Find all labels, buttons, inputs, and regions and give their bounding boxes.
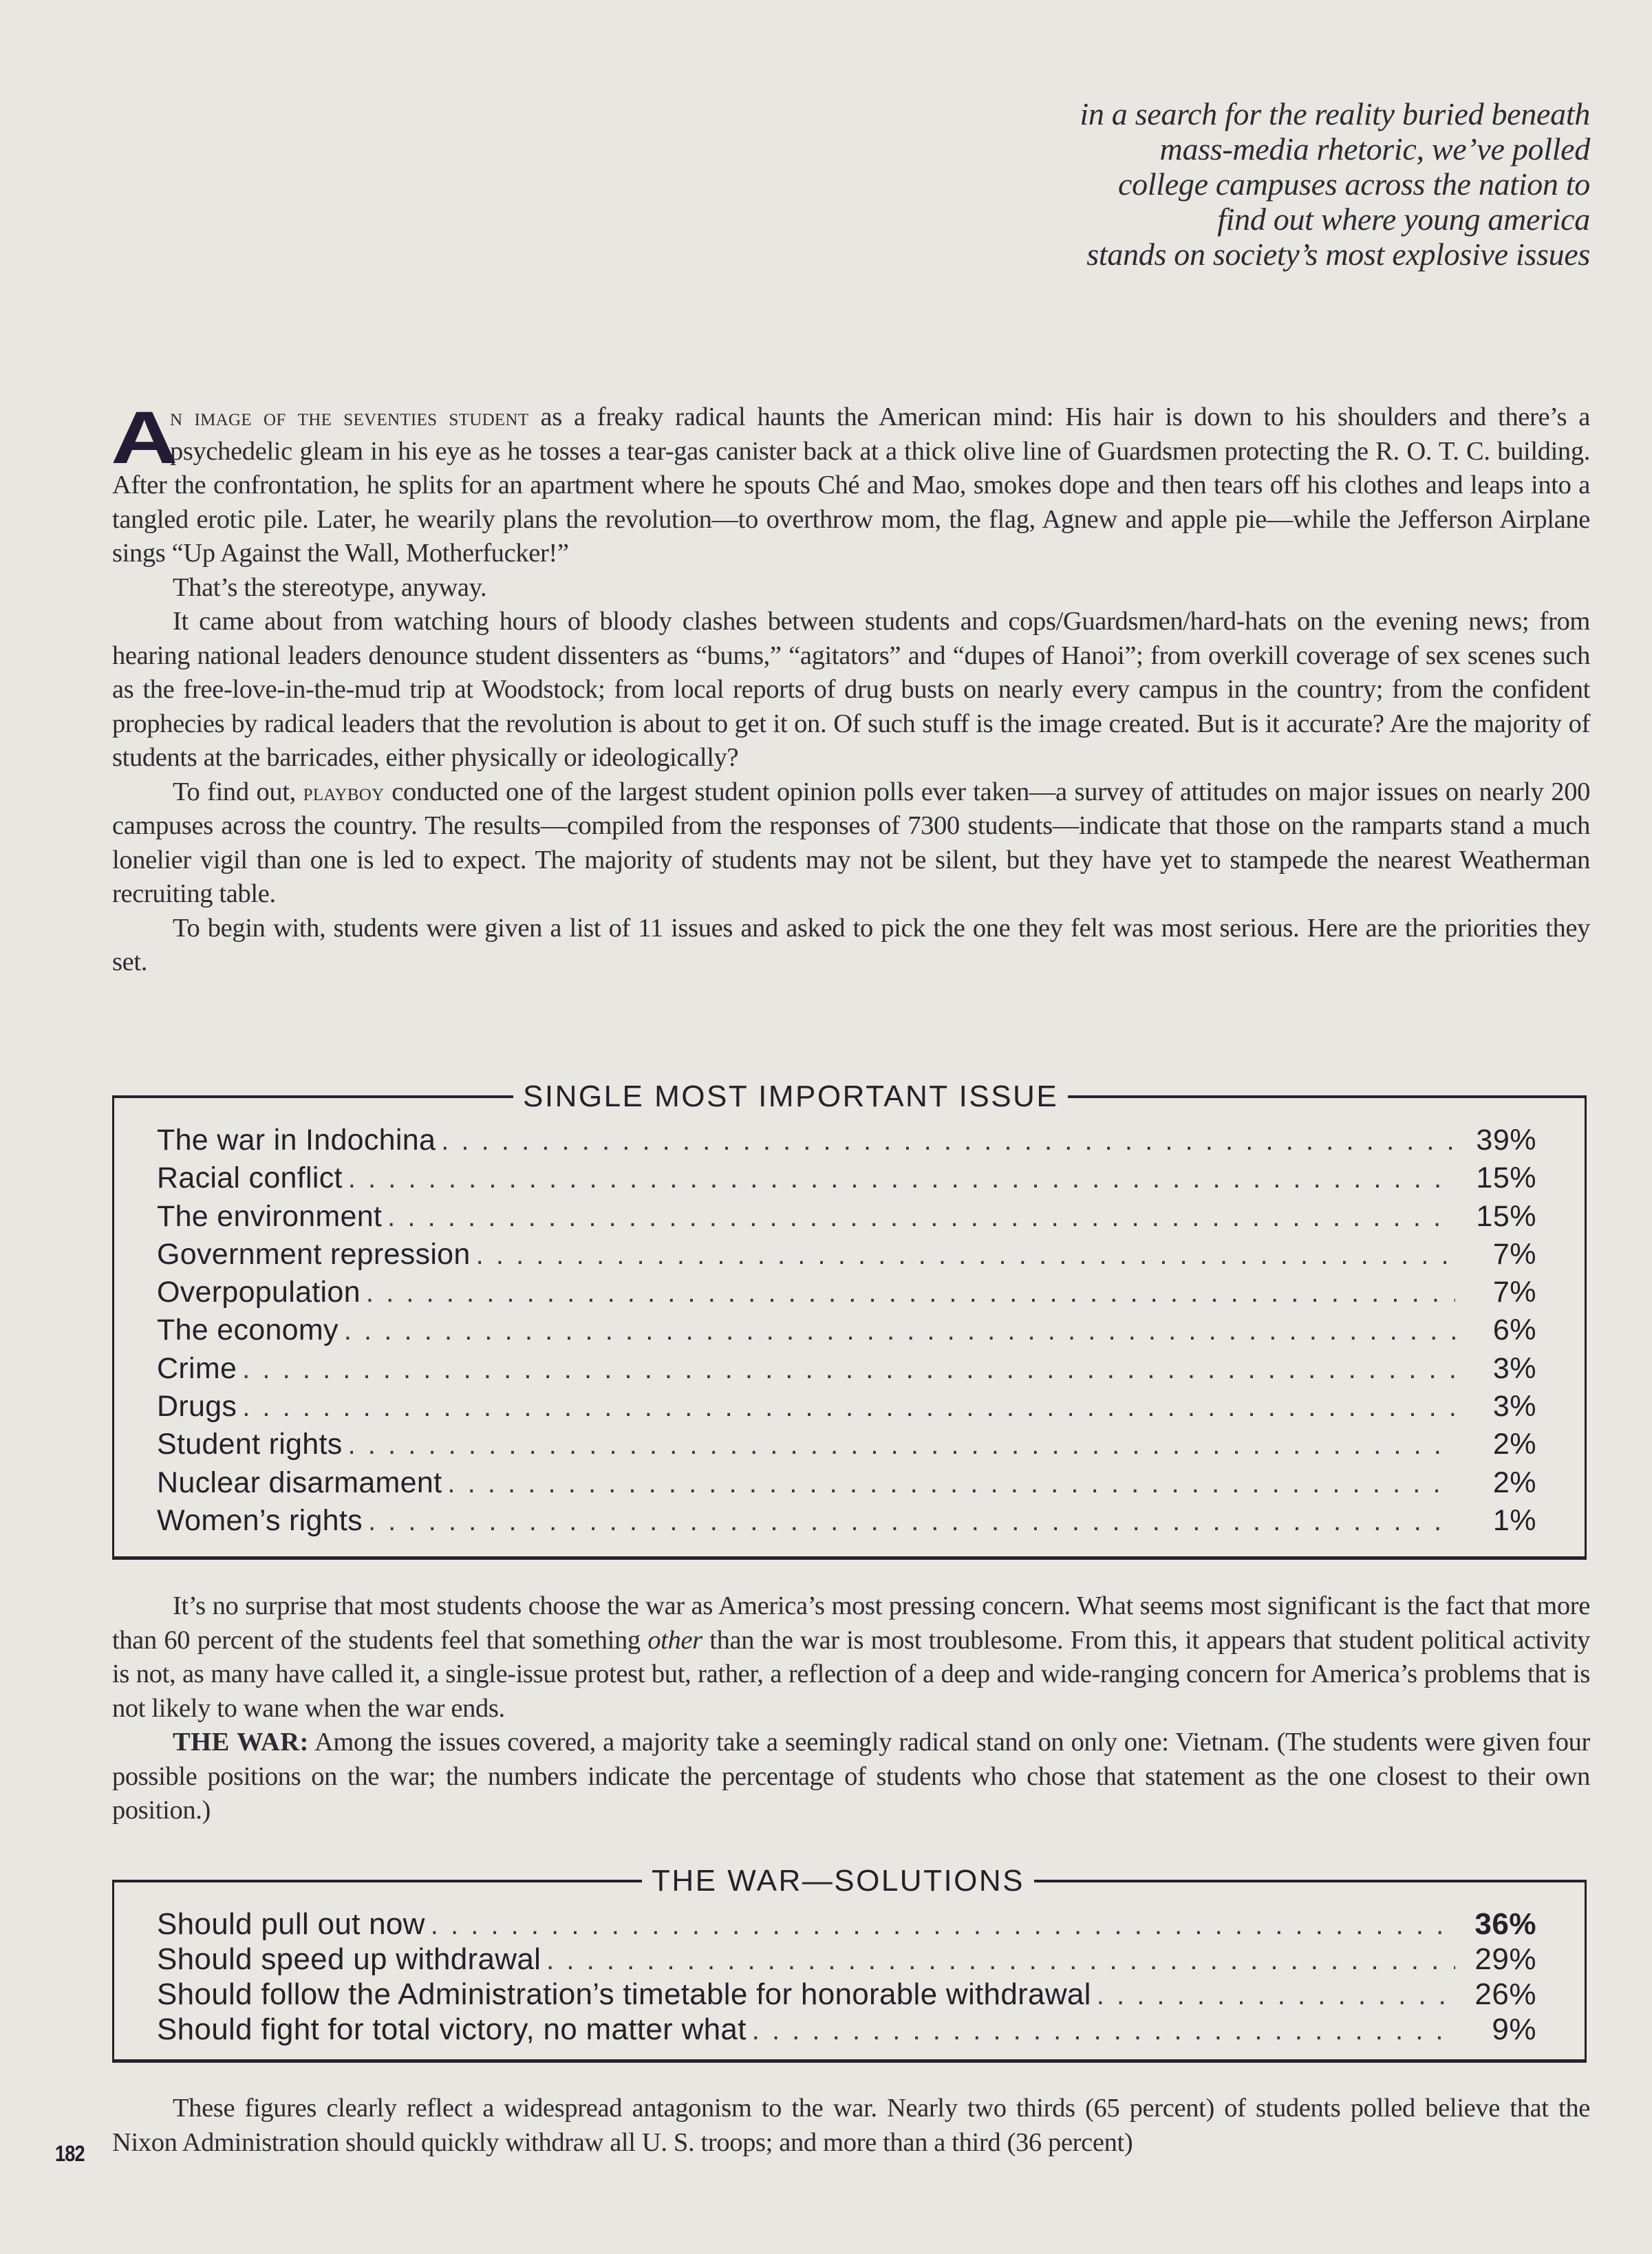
article-deck: in a search for the reality buried benea… — [971, 96, 1590, 272]
drop-cap: A — [111, 410, 175, 465]
table-row: Nuclear disarmament2% — [157, 1464, 1536, 1502]
row-label: Government repression — [157, 1236, 476, 1273]
article-middle: It’s no surprise that most students choo… — [112, 1589, 1590, 1828]
row-label: Should pull out now — [157, 1907, 431, 1942]
issues-table-title: SINGLE MOST IMPORTANT ISSUE — [513, 1078, 1068, 1115]
row-label: Drugs — [157, 1388, 242, 1425]
table-row: Women’s rights1% — [157, 1502, 1536, 1540]
deck-line: mass-media rhetoric, we’ve polled — [971, 131, 1590, 167]
row-value: 39% — [1455, 1121, 1536, 1159]
closing-paragraph: These figures clearly reflect a widespre… — [112, 2092, 1590, 2160]
dot-leader — [242, 1388, 1455, 1426]
row-value: 9% — [1455, 2012, 1536, 2047]
table-row: Government repression7% — [157, 1236, 1536, 1274]
table-row: Should pull out now36% — [157, 1907, 1536, 1942]
article-intro: An image of the seventies student as a f… — [112, 400, 1590, 980]
playboy-small-caps: playboy — [303, 778, 385, 806]
intro-paragraph-3: It came about from watching hours of blo… — [112, 605, 1590, 775]
lead-in-small-caps: n image of the seventies student — [170, 403, 528, 431]
row-label: Should speed up withdrawal — [157, 1942, 546, 1977]
intro-paragraph-5: To begin with, students were given a lis… — [112, 912, 1590, 980]
table-row: Should follow the Administration’s timet… — [157, 1977, 1536, 2012]
middle-p2-rest: Among the issues covered, a majority tak… — [112, 1728, 1590, 1825]
row-label: Student rights — [157, 1426, 348, 1463]
table-row: Should fight for total victory, no matte… — [157, 2012, 1536, 2048]
deck-line: find out where young america — [971, 202, 1590, 237]
dot-leader — [368, 1503, 1455, 1540]
issues-table-header: SINGLE MOST IMPORTANT ISSUE — [112, 1078, 1587, 1115]
row-label: Should fight for total victory, no matte… — [157, 2012, 752, 2047]
title-rule-left — [112, 1095, 513, 1098]
middle-paragraph-1: It’s no surprise that most students choo… — [112, 1589, 1590, 1726]
row-label: The economy — [157, 1311, 344, 1349]
section-lead-the-war: THE WAR: — [173, 1728, 309, 1757]
row-value: 26% — [1455, 1977, 1536, 2012]
table-row: The economy6% — [157, 1311, 1536, 1349]
row-value: 7% — [1455, 1236, 1536, 1273]
war-table-title: THE WAR—SOLUTIONS — [642, 1863, 1034, 1900]
row-value: 7% — [1455, 1274, 1536, 1311]
dot-leader — [431, 1908, 1455, 1942]
intro-paragraph-2: That’s the stereotype, anyway. — [112, 571, 1590, 605]
row-label: Crime — [157, 1350, 242, 1387]
war-solutions-table-box: THE WAR—SOLUTIONS Should pull out now36%… — [112, 1881, 1587, 2063]
title-rule-right — [1034, 1880, 1587, 1882]
row-label: Nuclear disarmament — [157, 1464, 447, 1501]
emphasis-other: other — [647, 1626, 702, 1655]
row-value: 6% — [1455, 1311, 1536, 1349]
row-value: 3% — [1455, 1388, 1536, 1425]
table-row: The environment15% — [157, 1198, 1536, 1236]
title-rule-left — [112, 1880, 642, 1882]
table-row: The war in Indochina39% — [157, 1121, 1536, 1159]
page-number: 182 — [55, 2141, 85, 2167]
table-row: Crime3% — [157, 1350, 1536, 1388]
dot-leader — [366, 1274, 1455, 1311]
table-row: Overpopulation7% — [157, 1274, 1536, 1311]
dot-leader — [242, 1351, 1455, 1388]
dot-leader — [441, 1122, 1455, 1159]
dot-leader — [344, 1312, 1455, 1349]
intro-paragraph-1: An image of the seventies student as a f… — [112, 400, 1590, 571]
row-value: 36% — [1455, 1907, 1536, 1942]
row-value: 15% — [1455, 1159, 1536, 1196]
row-label: Women’s rights — [157, 1502, 368, 1539]
row-value: 15% — [1455, 1198, 1536, 1235]
article-closing: These figures clearly reflect a widespre… — [112, 2092, 1590, 2160]
row-value: 2% — [1455, 1426, 1536, 1463]
dot-leader — [546, 1943, 1455, 1977]
row-label: Should follow the Administration’s timet… — [157, 1977, 1097, 2012]
row-value: 3% — [1455, 1350, 1536, 1387]
table-row: Racial conflict15% — [157, 1159, 1536, 1197]
dot-leader — [752, 2013, 1455, 2048]
dot-leader — [348, 1426, 1455, 1463]
row-label: The war in Indochina — [157, 1121, 441, 1159]
deck-line: in a search for the reality buried benea… — [971, 96, 1590, 131]
dot-leader — [476, 1236, 1455, 1274]
deck-line: college campuses across the nation to — [971, 167, 1590, 202]
table-row: Drugs3% — [157, 1388, 1536, 1426]
table-row: Student rights2% — [157, 1426, 1536, 1463]
intro-paragraph-4: To find out, playboy conducted one of th… — [112, 775, 1590, 912]
table-row: Should speed up withdrawal29% — [157, 1942, 1536, 1977]
war-table-rows: Should pull out now36%Should speed up wi… — [114, 1881, 1585, 2064]
deck-line: stands on society’s most explosive issue… — [971, 237, 1590, 272]
dot-leader — [447, 1465, 1455, 1502]
issues-table-rows: The war in Indochina39%Racial conflict15… — [114, 1097, 1585, 1556]
dot-leader — [1097, 1978, 1455, 2012]
dot-leader — [387, 1199, 1455, 1236]
p4-start: To find out, — [173, 777, 303, 806]
row-label: Racial conflict — [157, 1159, 348, 1196]
issues-table-box: SINGLE MOST IMPORTANT ISSUE The war in I… — [112, 1097, 1587, 1560]
row-value: 2% — [1455, 1464, 1536, 1501]
dot-leader — [348, 1160, 1455, 1197]
row-value: 29% — [1455, 1942, 1536, 1977]
row-label: Overpopulation — [157, 1274, 366, 1311]
title-rule-right — [1068, 1095, 1587, 1098]
middle-paragraph-2: THE WAR: Among the issues covered, a maj… — [112, 1726, 1590, 1828]
row-label: The environment — [157, 1198, 387, 1235]
war-table-header: THE WAR—SOLUTIONS — [112, 1863, 1587, 1900]
row-value: 1% — [1455, 1502, 1536, 1539]
